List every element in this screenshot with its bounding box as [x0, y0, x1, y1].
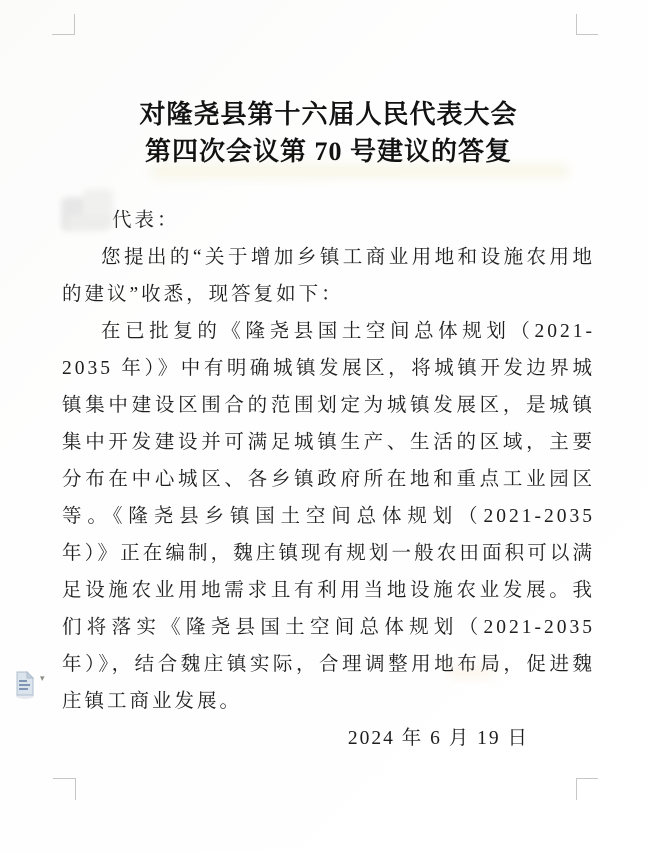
text-boundary-mark-top-left [52, 14, 75, 35]
text-boundary-mark-bottom-left [53, 778, 76, 800]
paste-options-button[interactable]: ▾ [12, 666, 58, 704]
paste-options-document-icon[interactable] [14, 670, 38, 700]
paragraph-opening: 您提出的“关于增加乡镇工商业用地和设施农用地的建议”收悉，现答复如下： [62, 239, 595, 313]
document-body: 对隆尧县第十六届人民代表大会 第四次会议第 70 号建议的答复 代表： 您提出的… [62, 96, 595, 757]
document-title-line-2: 第四次会议第 70 号建议的答复 [62, 133, 595, 170]
text-boundary-mark-bottom-right [576, 778, 598, 800]
paragraph-reply: 在已批复的《隆尧县国土空间总体规划（2021-2035 年）》中有明确城镇发展区… [62, 313, 595, 720]
paste-options-dropdown-icon[interactable]: ▾ [40, 674, 45, 684]
salutation-label: 代表： [112, 210, 180, 231]
salutation: 代表： [62, 202, 595, 239]
text-boundary-mark-top-right [576, 14, 598, 35]
document-date: 2024 年 6 月 19 日 [62, 720, 595, 757]
document-page: 对隆尧县第十六届人民代表大会 第四次会议第 70 号建议的答复 代表： 您提出的… [0, 0, 647, 852]
document-title-line-1: 对隆尧县第十六届人民代表大会 [62, 96, 595, 133]
